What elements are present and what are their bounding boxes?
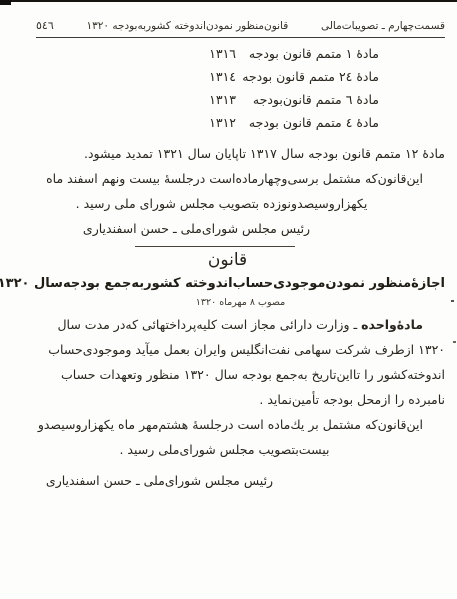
scan-corner-artifact: [0, 0, 11, 5]
scan-speck: [451, 300, 454, 302]
law-approval-note: مصوب ٨ مهرماه ١٣٢٠: [36, 297, 445, 308]
row-year: ١٣١٢: [209, 115, 236, 130]
speaker-signature: رئیس مجلس شورای‌ملی ـ حسن اسفندیاری: [36, 468, 283, 493]
scanned-document-page: قسمت‌چهارم ـ تصویبات‌مالی قانون‌منظور نم…: [0, 0, 457, 599]
table-row: مادهٔ ٢٤ متمم قانون بودجه ١٣١٤: [36, 69, 445, 92]
law-heading: اجازهٔ‌منظور نمودن‌موجودی‌حساب‌اندوخته ک…: [36, 276, 445, 291]
speaker-signature: رئیس مجلس شورای‌ملی ـ حسن اسفندیاری: [36, 217, 357, 241]
extension-clause-line: مادهٔ ١٢ متمم قانون بودجه سال ١٣١٧ تاپای…: [36, 141, 445, 166]
row-year: ١٣١٤: [209, 69, 236, 84]
ratification-line: این‌قانون‌که مشتمل بر یك‌ماده است درجلسه…: [36, 412, 445, 437]
row-year: ١٣١٦: [209, 46, 236, 61]
header-running-title: قانون‌منظور نمودن‌اندوخته کشوربه‌بودجه ١…: [86, 20, 288, 32]
first-law-closing: مادهٔ ١٢ متمم قانون بودجه سال ١٣١٧ تاپای…: [36, 141, 445, 216]
row-label: مادهٔ ٤ متمم قانون بودجه: [264, 115, 379, 130]
article-line-text: ـ وزارت دارائی مجاز است کلیه‌پرداختهائی …: [57, 317, 361, 332]
scan-speck: [453, 341, 456, 343]
law-title: قانون: [23, 250, 432, 270]
page-content: قسمت‌چهارم ـ تصویبات‌مالی قانون‌منظور نم…: [36, 19, 445, 493]
header-section-title: قسمت‌چهارم ـ تصویبات‌مالی: [321, 20, 445, 32]
row-label: مادهٔ ٦ متمم قانون‌بودجه: [264, 92, 379, 107]
single-article-paragraph: مادهٔ‌واحده ـ وزارت دارائی مجاز است کلیه…: [36, 312, 445, 412]
section-divider-rule: [135, 246, 295, 247]
table-row: مادهٔ ١ متمم قانون بودجه ١٣١٦: [36, 46, 445, 69]
article-line: ١٣٢٠ ازطرف شرکت سهامی نفت‌انگلیس وایران …: [36, 337, 445, 362]
article-lead-label: مادهٔ‌واحده: [361, 317, 423, 332]
ratification-line: یکهزاروسیصدونوزده بتصویب مجلس شورای ملی …: [36, 191, 407, 216]
ratification-line: این‌قانون‌که مشتمل برسی‌وچهارماده‌است در…: [36, 166, 445, 191]
scan-top-edge: [0, 0, 457, 2]
article-line: نامبرده را ازمحل بودجه تأمین‌نماید .: [36, 387, 445, 412]
article-line: اندوخته‌کشور را تااین‌تاریخ به‌جمع بودجه…: [36, 362, 445, 387]
row-year: ١٣١٣: [209, 92, 236, 107]
second-law-closing: این‌قانون‌که مشتمل بر یك‌ماده است درجلسه…: [36, 412, 445, 462]
header-rule: [36, 37, 445, 38]
table-row: مادهٔ ٤ متمم قانون بودجه ١٣١٢: [36, 115, 445, 138]
header-page-number: ٥٤٦: [36, 19, 54, 32]
row-label: مادهٔ ١ متمم قانون بودجه: [264, 46, 379, 61]
amendments-table: مادهٔ ١ متمم قانون بودجه ١٣١٦ مادهٔ ٢٤ م…: [36, 46, 445, 138]
table-row: مادهٔ ٦ متمم قانون‌بودجه ١٣١٣: [36, 92, 445, 115]
row-label: مادهٔ ٢٤ متمم قانون بودجه: [264, 69, 379, 84]
running-header: قسمت‌چهارم ـ تصویبات‌مالی قانون‌منظور نم…: [36, 19, 445, 32]
ratification-line: بیست‌بتصویب مجلس شورای‌ملی رسید .: [36, 437, 413, 462]
article-line: مادهٔ‌واحده ـ وزارت دارائی مجاز است کلیه…: [36, 312, 445, 337]
